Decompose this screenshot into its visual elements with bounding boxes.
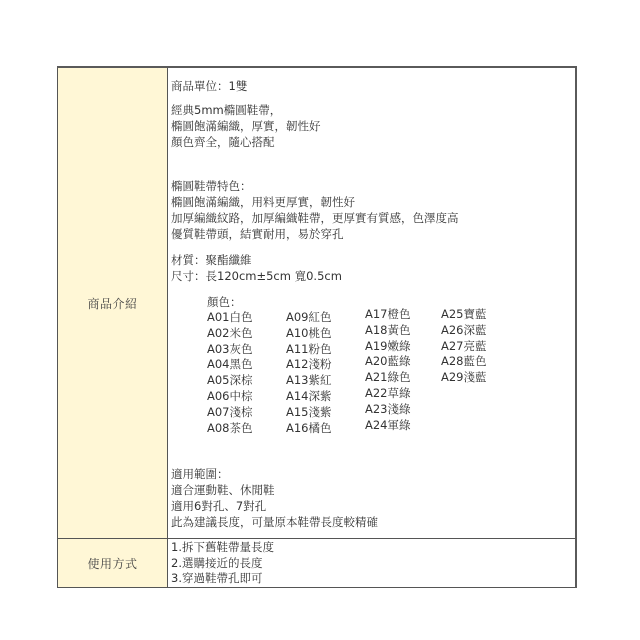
color-option: A23淺綠 xyxy=(365,402,441,418)
color-option: A28藍色 xyxy=(441,354,511,370)
color-option: A17橙色 xyxy=(365,307,441,323)
color-option: A16橘色 xyxy=(286,421,365,437)
usage-step: 2.選購接近的長度 xyxy=(171,556,575,572)
size: 尺寸：長120cm±5cm 寬0.5cm xyxy=(171,268,575,284)
product-specs: 材質：聚酯纖維 尺寸：長120cm±5cm 寬0.5cm xyxy=(171,252,575,284)
summary-line: 經典5mm橢圓鞋帶， xyxy=(171,102,575,118)
color-column: A25寶藍 A26深藍 A27亮藍 A28藍色 A29淺藍 xyxy=(441,307,511,436)
color-option: A24軍綠 xyxy=(365,418,441,434)
color-options: 顏色： A01白色 A02米色 A03灰色 A04黑色 A05深棕 A06中棕 … xyxy=(207,294,575,436)
scope-line: 此為建議長度，可量原本鞋帶長度較精確 xyxy=(171,514,575,530)
color-option: A02米色 xyxy=(207,326,286,342)
product-unit: 商品單位：1雙 xyxy=(171,78,575,94)
summary-line: 顏色齊全，隨心搭配 xyxy=(171,134,575,150)
color-option: A21綠色 xyxy=(365,370,441,386)
product-summary: 經典5mm橢圓鞋帶， 橢圓飽滿編織，厚實，韌性好 顏色齊全，隨心搭配 xyxy=(171,102,575,150)
color-option: A14深紫 xyxy=(286,389,365,405)
scope-line: 適用6對孔、7對孔 xyxy=(171,498,575,514)
color-option: A20藍綠 xyxy=(365,354,441,370)
color-option: A06中棕 xyxy=(207,389,286,405)
product-features: 橢圓鞋帶特色： 橢圓飽滿編織，用料更厚實，韌性好 加厚編織紋路，加厚編織鞋帶，更… xyxy=(171,178,575,242)
color-option: A13紫紅 xyxy=(286,373,365,389)
color-option: A04黑色 xyxy=(207,357,286,373)
color-option: A03灰色 xyxy=(207,342,286,358)
color-option: A29淺藍 xyxy=(441,370,511,386)
feature-line: 橢圓飽滿編織，用料更厚實，韌性好 xyxy=(171,194,575,210)
scope-title: 適用範圍： xyxy=(171,466,575,482)
color-column: A17橙色 A18黃色 A19嫩綠 A20藍綠 A21綠色 A22草綠 A23淺… xyxy=(365,307,441,436)
applicable-scope: 適用範圍： 適合運動鞋、休閒鞋 適用6對孔、7對孔 此為建議長度，可量原本鞋帶長… xyxy=(171,466,575,530)
color-grid: A01白色 A02米色 A03灰色 A04黑色 A05深棕 A06中棕 A07淺… xyxy=(207,310,575,436)
feature-line: 加厚編織紋路，加厚編織鞋帶，更厚實有質感，色澤度高 xyxy=(171,210,575,226)
summary-line: 橢圓飽滿編織，厚實，韌性好 xyxy=(171,118,575,134)
color-option: A07淺棕 xyxy=(207,405,286,421)
color-option: A05深棕 xyxy=(207,373,286,389)
color-option: A18黃色 xyxy=(365,323,441,339)
color-option: A15淺紫 xyxy=(286,405,365,421)
content-product-intro: 商品單位：1雙 經典5mm橢圓鞋帶， 橢圓飽滿編織，厚實，韌性好 顏色齊全，隨心… xyxy=(168,67,577,539)
row-usage: 使用方式 1.拆下舊鞋帶量長度 2.選購接近的長度 3.穿過鞋帶孔即可 xyxy=(58,539,577,588)
product-spec-table: 商品介紹 商品單位：1雙 經典5mm橢圓鞋帶， 橢圓飽滿編織，厚實，韌性好 顏色… xyxy=(57,66,577,588)
row-product-intro: 商品介紹 商品單位：1雙 經典5mm橢圓鞋帶， 橢圓飽滿編織，厚實，韌性好 顏色… xyxy=(58,67,577,539)
color-option: A22草綠 xyxy=(365,386,441,402)
color-option: A09紅色 xyxy=(286,310,365,326)
color-column: A01白色 A02米色 A03灰色 A04黑色 A05深棕 A06中棕 A07淺… xyxy=(207,310,286,436)
features-title: 橢圓鞋帶特色： xyxy=(171,178,575,194)
color-option: A25寶藍 xyxy=(441,307,511,323)
color-column: A09紅色 A10桃色 A11粉色 A12淺粉 A13紫紅 A14深紫 A15淺… xyxy=(286,310,365,436)
color-option: A11粉色 xyxy=(286,342,365,358)
material: 材質：聚酯纖維 xyxy=(171,252,575,268)
color-option: A08茶色 xyxy=(207,421,286,437)
label-product-intro: 商品介紹 xyxy=(58,67,168,539)
color-option: A01白色 xyxy=(207,310,286,326)
usage-step: 3.穿過鞋帶孔即可 xyxy=(171,571,575,587)
color-option: A12淺粉 xyxy=(286,357,365,373)
color-option: A19嫩綠 xyxy=(365,339,441,355)
color-option: A27亮藍 xyxy=(441,339,511,355)
scope-line: 適合運動鞋、休閒鞋 xyxy=(171,482,575,498)
label-usage: 使用方式 xyxy=(58,539,168,588)
color-option: A10桃色 xyxy=(286,326,365,342)
content-usage: 1.拆下舊鞋帶量長度 2.選購接近的長度 3.穿過鞋帶孔即可 xyxy=(168,539,577,588)
feature-line: 優質鞋帶頭，結實耐用，易於穿孔 xyxy=(171,226,575,242)
color-option: A26深藍 xyxy=(441,323,511,339)
usage-step: 1.拆下舊鞋帶量長度 xyxy=(171,540,575,556)
